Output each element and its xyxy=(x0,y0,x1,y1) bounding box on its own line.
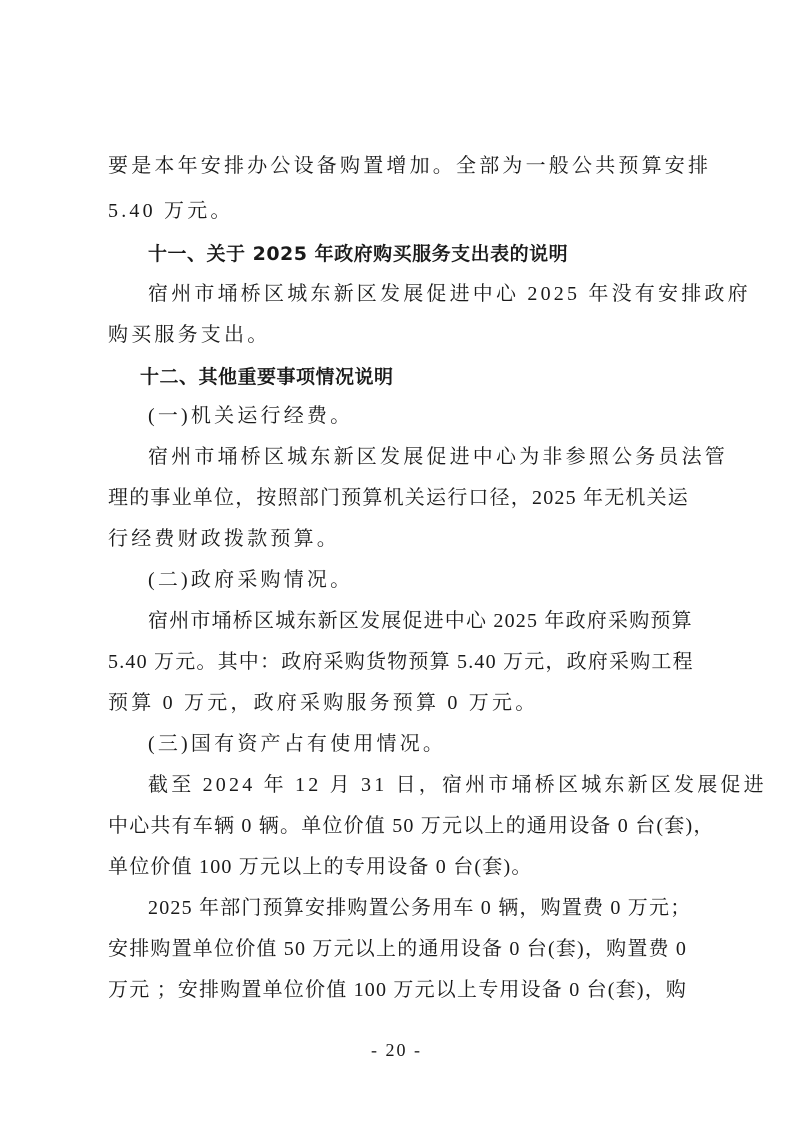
paragraph-line: 购买服务支出。 xyxy=(108,321,698,349)
paragraph-line: 理的事业单位，按照部门预算机关运行口径，2025 年无机关运 xyxy=(108,484,698,512)
paragraph-line: 中心共有车辆 0 辆。单位价值 50 万元以上的通用设备 0 台(套)， xyxy=(108,812,698,840)
paragraph-line: 要是本年安排办公设备购置增加。全部为一般公共预算安排 xyxy=(108,152,698,180)
paragraph-line: 截至 2024 年 12 月 31 日，宿州市埇桥区城东新区发展促进 xyxy=(148,771,738,799)
paragraph-line: 宿州市埇桥区城东新区发展促进中心 2025 年没有安排政府 xyxy=(148,280,738,308)
paragraph-line: 宿州市埇桥区城东新区发展促进中心 2025 年政府采购预算 xyxy=(148,607,738,635)
page-number: - 20 - xyxy=(0,1040,793,1061)
paragraph-line: 2025 年部门预算安排购置公务用车 0 辆，购置费 0 万元； xyxy=(148,894,738,922)
paragraph-line: 预算 0 万元，政府采购服务预算 0 万元。 xyxy=(108,689,698,717)
subsection-heading-3: (三)国有资产占有使用情况。 xyxy=(148,730,738,758)
subsection-heading-2: (二)政府采购情况。 xyxy=(148,566,738,594)
paragraph-line: 万元 ；安排购置单位价值 100 万元以上专用设备 0 台(套)，购 xyxy=(108,976,698,1004)
document-page: 要是本年安排办公设备购置增加。全部为一般公共预算安排 5.40 万元。 十一、关… xyxy=(0,0,793,1122)
section-heading-12: 十二、其他重要事项情况说明 xyxy=(140,363,730,391)
paragraph-line: 行经费财政拨款预算。 xyxy=(108,525,698,553)
paragraph-line: 5.40 万元。 xyxy=(108,197,698,225)
paragraph-line: 安排购置单位价值 50 万元以上的通用设备 0 台(套)，购置费 0 xyxy=(108,935,698,963)
section-heading-11: 十一、关于 2025 年政府购买服务支出表的说明 xyxy=(148,240,738,268)
paragraph-line: 宿州市埇桥区城东新区发展促进中心为非参照公务员法管 xyxy=(148,443,738,471)
subsection-heading-1: (一)机关运行经费。 xyxy=(148,402,738,430)
paragraph-line: 单位价值 100 万元以上的专用设备 0 台(套)。 xyxy=(108,853,698,881)
paragraph-line: 5.40 万元。其中：政府采购货物预算 5.40 万元，政府采购工程 xyxy=(108,648,698,676)
